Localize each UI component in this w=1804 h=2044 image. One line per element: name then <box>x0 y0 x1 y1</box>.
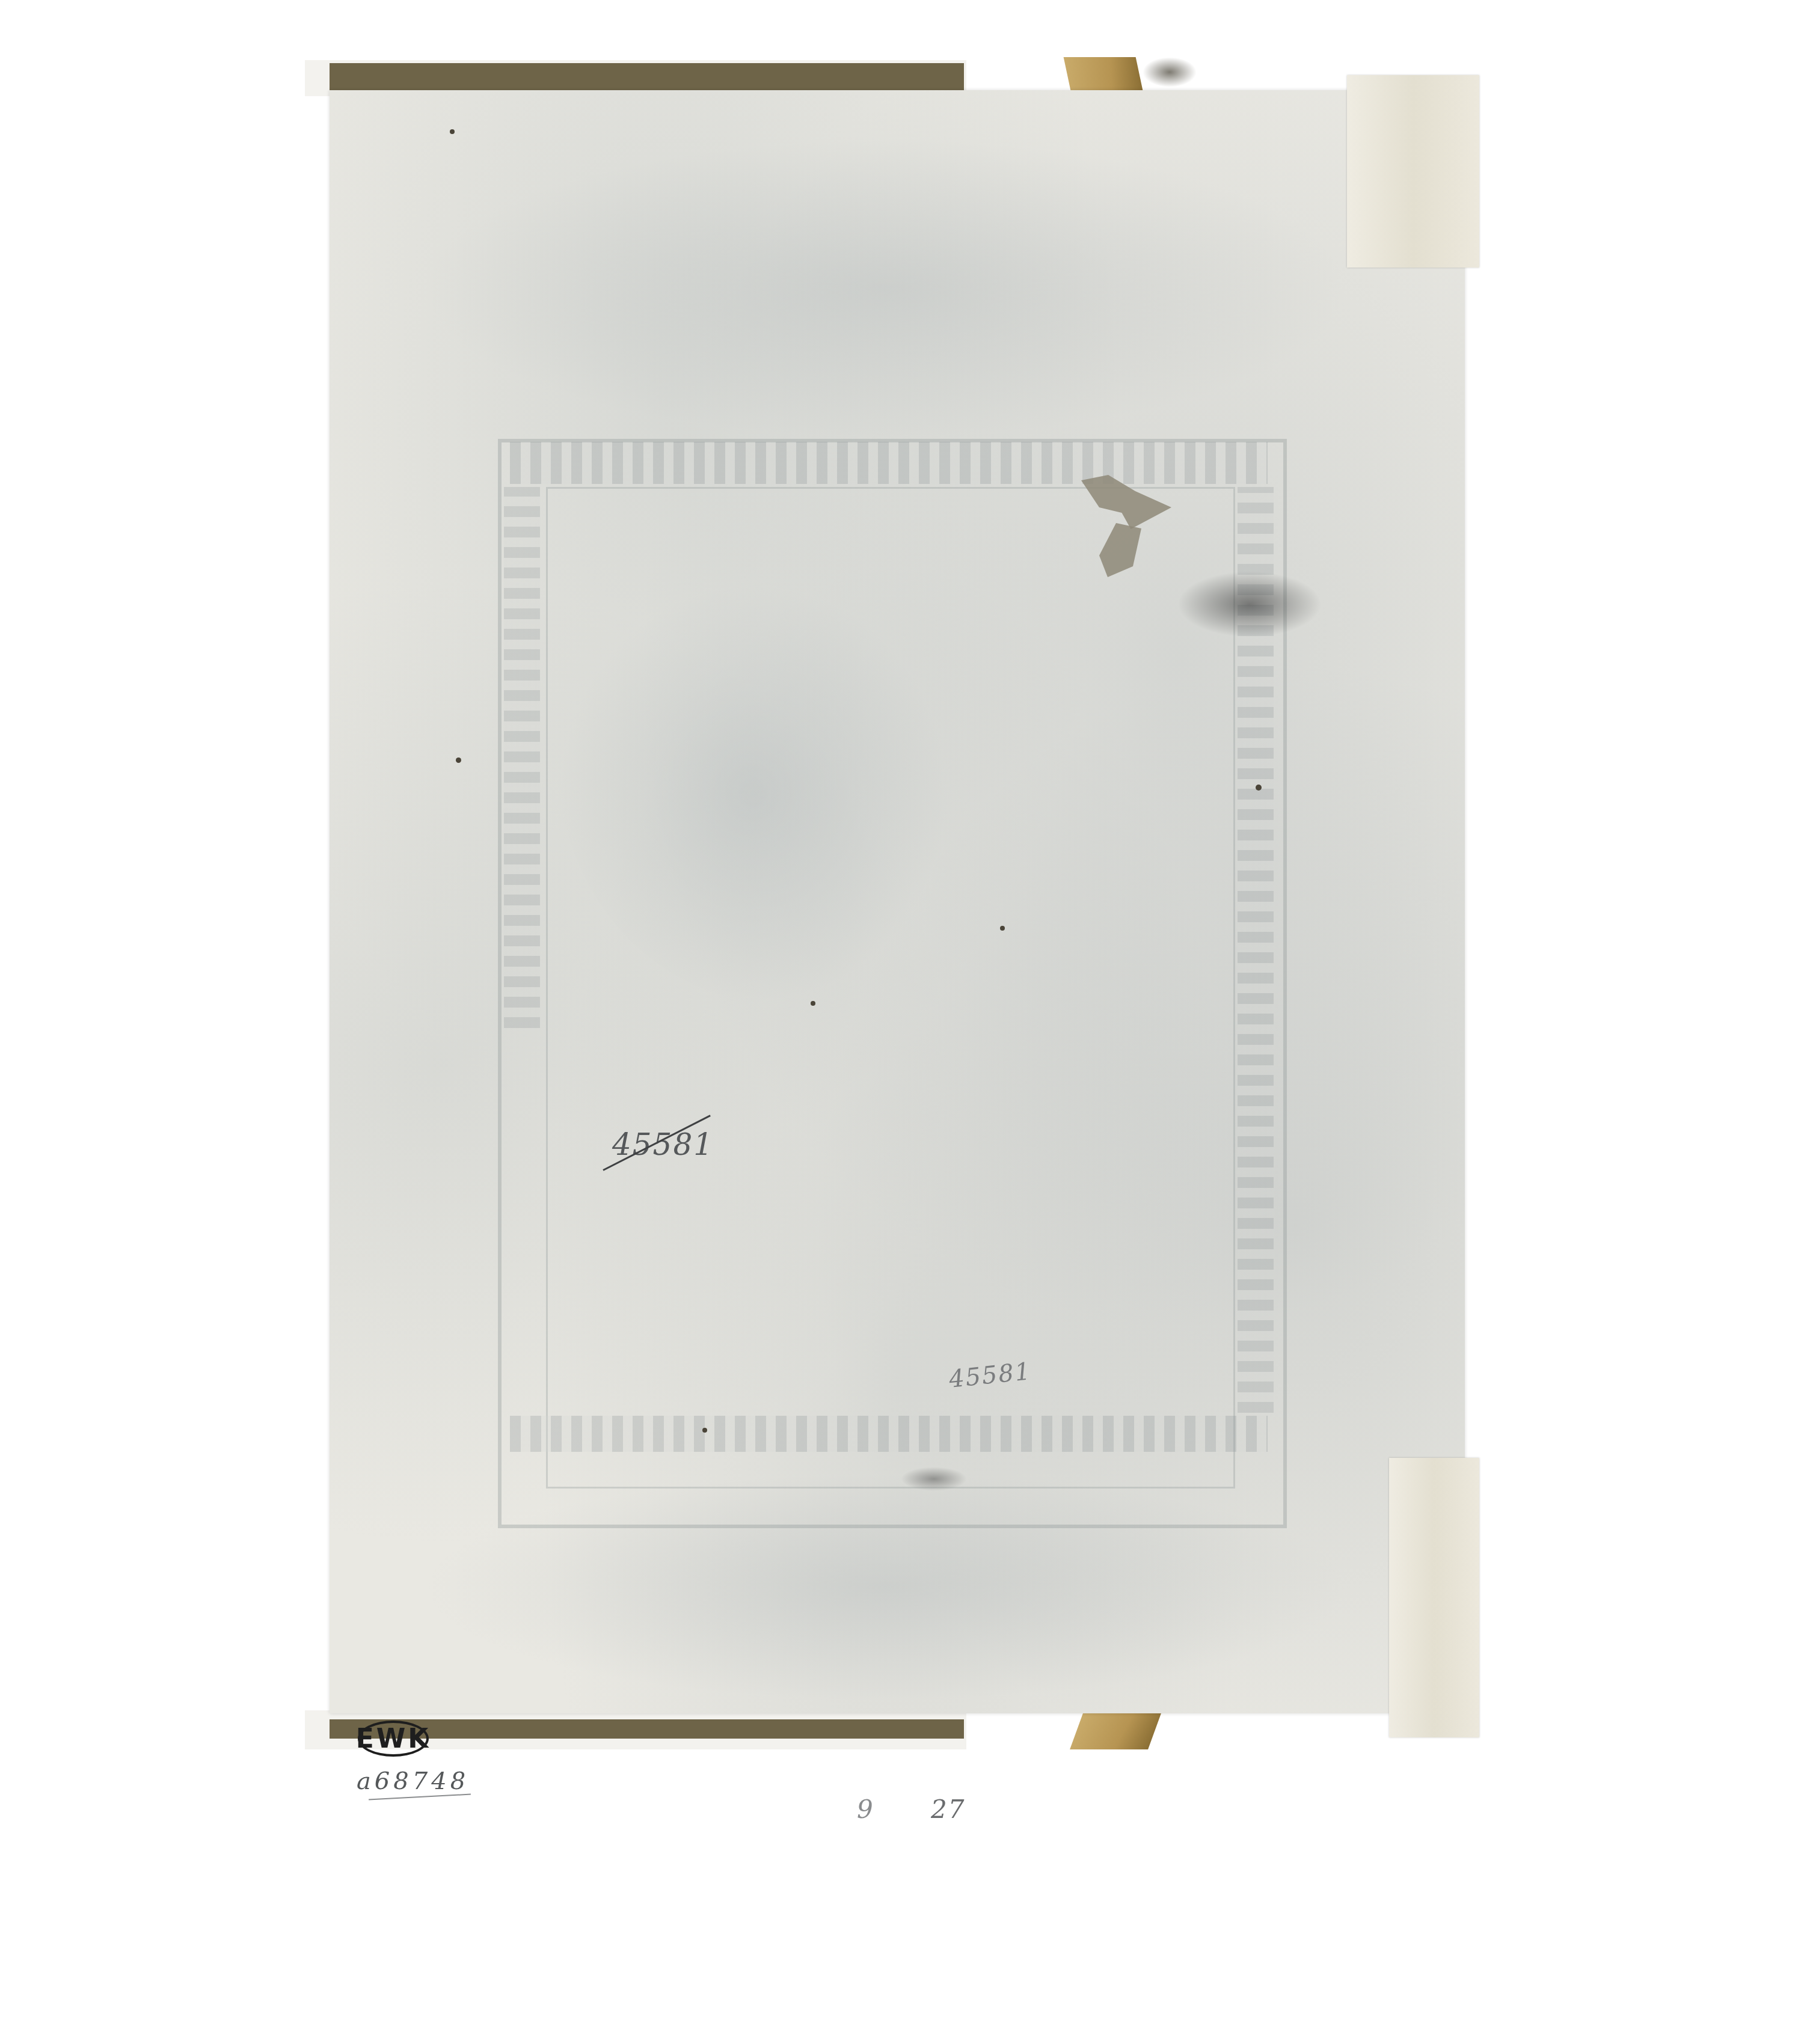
ghost-ornament-bottom <box>420 1473 1352 1701</box>
hinge-tape-top <box>1347 75 1479 268</box>
ghost-ornament-top <box>420 138 1352 439</box>
ghost-top-band <box>510 442 1268 484</box>
hinge-tape-bottom <box>1389 1458 1479 1737</box>
dark-smudge <box>1177 571 1322 637</box>
mount-strip-top <box>330 63 964 92</box>
speck <box>456 757 461 763</box>
speck <box>702 1428 707 1433</box>
gold-tape-bottom <box>1070 1713 1161 1749</box>
bottom-number-left: 9 <box>857 1795 874 1824</box>
ghost-left-band <box>504 487 540 1028</box>
ghost-bottom-band <box>510 1416 1268 1452</box>
speck <box>450 129 455 134</box>
bottom-number-right: 27 <box>931 1795 965 1824</box>
gold-tape-top <box>1064 57 1144 93</box>
paper-sheet: 45581 45581 EWK a68748 9 27 <box>330 90 1465 1713</box>
speck <box>811 1001 815 1006</box>
collection-number: a68748 <box>357 1767 469 1795</box>
dark-smudge-small <box>901 1467 967 1491</box>
speck <box>1000 926 1005 931</box>
speck <box>1256 785 1262 791</box>
tape-shadow-top <box>1143 57 1197 87</box>
collector-stamp: EWK <box>358 1721 429 1757</box>
